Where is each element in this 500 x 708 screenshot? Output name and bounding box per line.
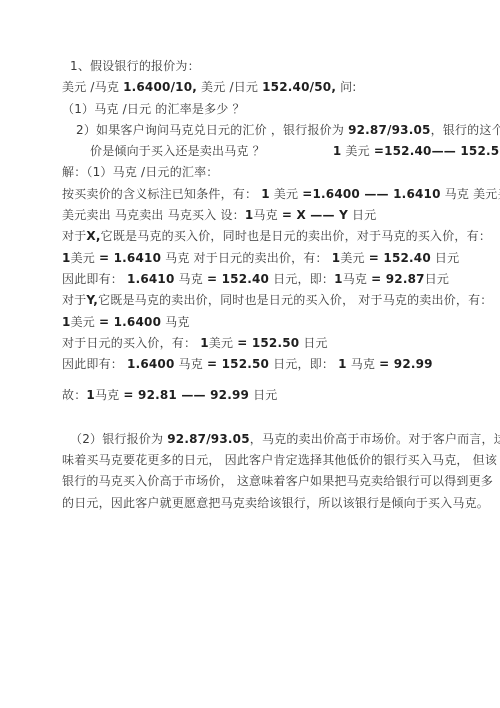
document-line: 对于Y,它既是马克的卖出价，同时也是日元的买入价， 对于马克的卖出价，有： — [62, 290, 450, 311]
text-segment: （2）银行报价为 — [70, 432, 167, 446]
text-segment: = 152.50 — [237, 336, 299, 350]
document-line: 2）如果客户询问马克兑日元的汇价 ，银行报价为 92.87/93.05，银行的这… — [62, 120, 450, 141]
document-line: 1美元 = 1.6400 马克 — [62, 312, 450, 333]
text-segment: =152.40—— 152.50 — [374, 144, 500, 158]
text-segment: = X —— Y — [282, 208, 348, 222]
text-segment: = 92.87 — [371, 272, 425, 286]
document-line: 1、假设银行的报价为： — [62, 56, 450, 77]
text-segment: 美元 — [209, 336, 237, 350]
document-line: 银行的马克买入价高于市场价， 这意味着客户如果把马克卖给银行可以得到更多 — [62, 471, 450, 492]
text-segment: 对于 — [62, 293, 86, 307]
text-segment: 对于 — [62, 229, 86, 243]
text-segment: 按买卖价的含义标注已知条件，有： — [62, 187, 261, 201]
text-segment: 美元 — [341, 144, 373, 158]
text-segment: 1 — [334, 272, 343, 286]
text-segment: 美元 — [71, 315, 99, 329]
document-line: 1美元 = 1.6410 马克 对于日元的卖出价，有： 1美元 = 152.40… — [62, 248, 450, 269]
text-segment: 马克 — [161, 315, 189, 329]
document-line: 美元 /马克 1.6400/10, 美元 /日元 152.40/50, 问: — [62, 77, 450, 98]
document-line: 价是倾向于买入还是卖出马克 ？1 美元 =152.40—— 152.50 — [62, 141, 450, 162]
text-segment: = 152.40 — [369, 251, 431, 265]
text-segment: 解：（1）马克 /日元的汇率： — [62, 165, 219, 179]
text-segment: 美元 — [340, 251, 368, 265]
text-segment: 2）如果客户询问马克兑日元的汇价 ，银行报价为 — [76, 123, 348, 137]
text-segment: 马克 — [175, 272, 207, 286]
document-line: （2）银行报价为 92.87/93.05，马克的卖出价高于市场价。对于客户而言，… — [62, 429, 450, 450]
text-segment: 日元，即： — [269, 357, 338, 371]
text-segment: =1.6400 —— 1.6410 — [302, 187, 440, 201]
text-segment: = 92.81 —— 92.99 — [123, 388, 249, 402]
text-segment: 马克 美元买入 — [441, 187, 500, 201]
text-segment: 因此即有： — [62, 272, 127, 286]
document-line: （1）马克 /日元 的汇率是多少 ？ — [62, 99, 450, 120]
text-segment: 问: — [336, 80, 356, 94]
text-segment: 1.6400 — [127, 357, 175, 371]
text-segment: （1）马克 /日元 的汇率是多少 ？ — [62, 102, 245, 116]
text-segment: 日元 — [425, 272, 449, 286]
text-segment: 1 — [62, 315, 71, 329]
text-segment: 马克 — [343, 272, 371, 286]
text-segment: 马克 — [253, 208, 281, 222]
text-segment: 日元 — [249, 388, 277, 402]
document-line: 按买卖价的含义标注已知条件，有： 1 美元 =1.6400 —— 1.6410 … — [62, 184, 450, 205]
document-line: 故：1马克 = 92.81 —— 92.99 日元 — [62, 385, 450, 406]
text-segment: 美元 — [270, 187, 302, 201]
text-segment: 1 — [338, 357, 347, 371]
text-segment: 美元 — [71, 251, 99, 265]
text-segment: 马克 — [347, 357, 379, 371]
text-segment: 的日元，因此客户就更愿意把马克卖给该银行，所以该银行是倾向于买入马克。 — [62, 496, 489, 510]
text-segment: Y, — [86, 293, 98, 307]
text-segment: 1 — [86, 388, 95, 402]
text-segment: 92.87/93.05 — [167, 432, 250, 446]
text-segment: 日元 — [299, 336, 327, 350]
text-segment: 因此即有： — [62, 357, 127, 371]
document-line: 对于日元的买入价，有： 1美元 = 152.50 日元 — [62, 333, 450, 354]
text-segment: 味着买马克要花更多的日元， 因此客户肯定选择其他低价的银行买入马克， 但该 — [62, 453, 497, 467]
text-segment: 152.40/50, — [262, 80, 336, 94]
text-segment: = 1.6410 — [99, 251, 161, 265]
text-segment: 马克 — [95, 388, 123, 402]
text-segment: = 92.99 — [379, 357, 433, 371]
text-segment: = 152.40 — [207, 272, 269, 286]
document-line: 因此即有： 1.6400 马克 = 152.50 日元，即： 1 马克 = 92… — [62, 354, 450, 375]
text-segment: 日元 — [431, 251, 459, 265]
text-segment: ，银行的这个报 — [431, 123, 500, 137]
document-line: 因此即有： 1.6410 马克 = 152.40 日元，即：1马克 = 92.8… — [62, 269, 450, 290]
text-segment: 日元 — [348, 208, 376, 222]
text-segment: 故： — [62, 388, 86, 402]
document-line: 味着买马克要花更多的日元， 因此客户肯定选择其他低价的银行买入马克， 但该 — [62, 450, 450, 471]
text-segment: 美元卖出 马克卖出 马克买入 设： — [62, 208, 245, 222]
text-segment: 对于日元的买入价，有： — [62, 336, 200, 350]
document-line: 解：（1）马克 /日元的汇率： — [62, 162, 450, 183]
text-segment: 美元 /马克 — [62, 80, 123, 94]
text-segment: 美元 /日元 — [197, 80, 262, 94]
text-segment: 1.6410 — [127, 272, 175, 286]
text-segment: X, — [86, 229, 100, 243]
text-segment: 银行的马克买入价高于市场价， 这意味着客户如果把马克卖给银行可以得到更多 — [62, 474, 493, 488]
document-line: 美元卖出 马克卖出 马克买入 设：1马克 = X —— Y 日元 — [62, 205, 450, 226]
text-segment: ，马克的卖出价高于市场价。对于客户而言，这意 — [250, 432, 500, 446]
document-line: 对于X,它既是马克的买入价，同时也是日元的卖出价，对于马克的买入价，有： — [62, 226, 450, 247]
document-line: 的日元，因此客户就更愿意把马克卖给该银行，所以该银行是倾向于买入马克。 — [62, 493, 450, 514]
text-segment: = 1.6400 — [99, 315, 161, 329]
text-segment: 价是倾向于买入还是卖出马克 ？ — [90, 144, 265, 158]
text-segment: 1 — [261, 187, 270, 201]
text-segment: 92.87/93.05 — [348, 123, 431, 137]
text-segment: 马克 — [175, 357, 207, 371]
text-segment: 日元，即： — [269, 272, 334, 286]
text-segment: 1、假设银行的报价为： — [70, 59, 200, 73]
text-segment: 它既是马克的买入价，同时也是日元的卖出价，对于马克的买入价，有： — [101, 229, 491, 243]
text-segment: = 152.50 — [207, 357, 269, 371]
text-segment: 1 — [200, 336, 209, 350]
text-segment: 马克 对于日元的卖出价，有： — [161, 251, 332, 265]
text-segment: 1 — [62, 251, 71, 265]
text-segment: 它既是马克的卖出价，同时也是日元的买入价， 对于马克的卖出价，有： — [98, 293, 492, 307]
text-segment: 1.6400/10, — [123, 80, 197, 94]
document-page: 1、假设银行的报价为：美元 /马克 1.6400/10, 美元 /日元 152.… — [0, 0, 500, 708]
